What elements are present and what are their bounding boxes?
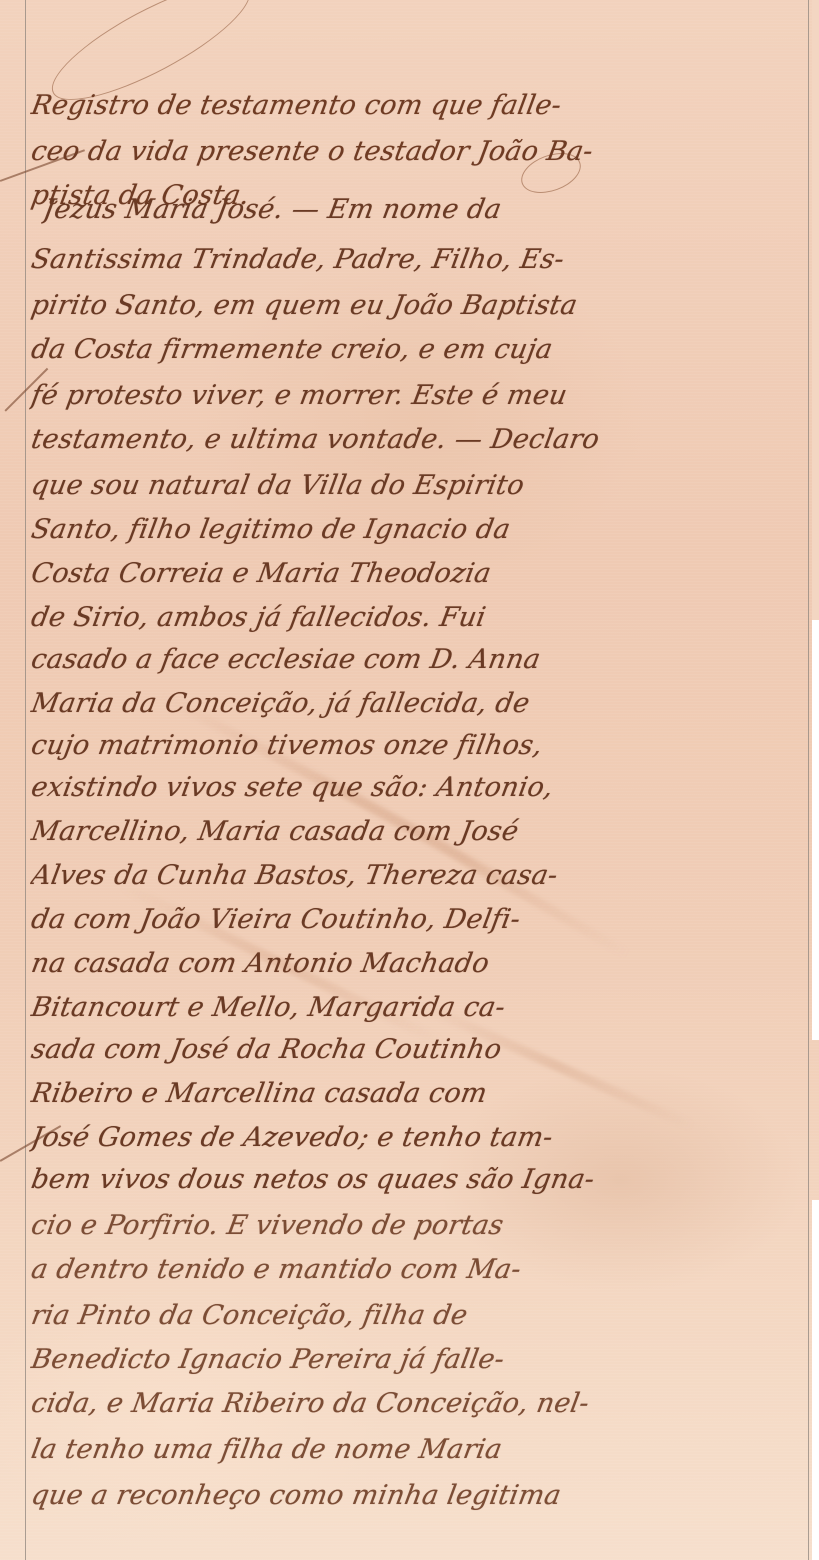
manuscript-line-18: Marcellino, Maria casada com José [28,812,811,852]
manuscript-line-21: na casada com Antonio Machado [28,944,811,984]
manuscript-line-12: Costa Correia e Maria Theodozia [28,554,811,594]
manuscript-line-8: fé protesto viver, e morrer. Este é meu [28,376,811,416]
manuscript-page: Registro de testamento com que falle- ce… [0,0,819,1560]
manuscript-line-22: Bitancourt e Mello, Margarida ca- [28,988,811,1028]
manuscript-line-11: Santo, filho legitimo de Ignacio da [28,510,811,550]
manuscript-line-2: ceo da vida presente o testador João Ba- [28,132,811,172]
manuscript-line-24: Ribeiro e Marcellina casada com [28,1074,811,1114]
manuscript-line-6: pirito Santo, em quem eu João Baptista [28,286,811,326]
manuscript-line-28: a dentro tenido e mantido com Ma- [28,1250,811,1290]
manuscript-line-14: casado a face ecclesiae com D. Anna [28,640,811,680]
manuscript-line-5: Santissima Trindade, Padre, Filho, Es- [28,240,811,280]
manuscript-line-32: la tenho uma filha de nome Maria [28,1430,811,1470]
manuscript-line-19: Alves da Cunha Bastos, Thereza casa- [28,856,811,896]
manuscript-line-7: da Costa firmemente creio, e em cuja [28,330,811,370]
manuscript-line-16: cujo matrimonio tivemos onze filhos, [28,726,811,766]
manuscript-line-9: testamento, e ultima vontade. — Declaro [28,420,811,460]
manuscript-line-13: de Sirio, ambos já fallecidos. Fui [28,598,811,638]
manuscript-line-23: sada com José da Rocha Coutinho [28,1030,811,1070]
manuscript-line-33: que a reconheço como minha legitima [28,1476,811,1516]
manuscript-line-26: bem vivos dous netos os quaes são Igna- [28,1160,811,1200]
manuscript-lines: Registro de testamento com que falle- ce… [0,0,819,1560]
manuscript-line-10: que sou natural da Villa do Espirito [28,466,811,506]
manuscript-line-1: Registro de testamento com que falle- [28,86,811,126]
manuscript-line-27: cio e Porfirio. E vivendo de portas [28,1206,811,1246]
manuscript-line-25: José Gomes de Azevedo; e tenho tam- [28,1118,811,1158]
manuscript-line-31: cida, e Maria Ribeiro da Conceição, nel- [28,1384,811,1424]
manuscript-line-17: existindo vivos sete que são: Antonio, [28,768,811,808]
manuscript-line-4: Jezus Maria José. — Em nome da [40,190,819,230]
manuscript-line-29: ria Pinto da Conceição, filha de [28,1296,811,1336]
manuscript-line-15: Maria da Conceição, já fallecida, de [28,684,811,724]
manuscript-line-30: Benedicto Ignacio Pereira já falle- [28,1340,811,1380]
manuscript-line-20: da com João Vieira Coutinho, Delfi- [28,900,811,940]
